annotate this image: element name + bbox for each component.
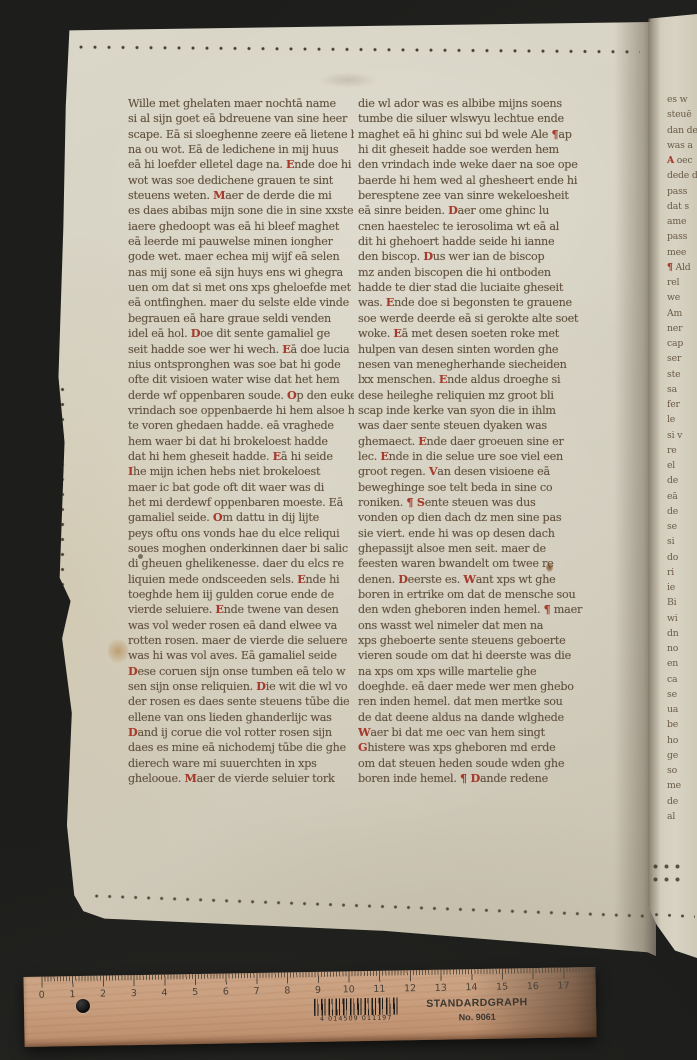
folio-fragment-line: ge: [667, 748, 697, 763]
rubricated-text: D: [423, 249, 432, 263]
manuscript-text-line: doeghde. eā daer mede wer men ghebo: [358, 679, 652, 694]
manuscript-text-line: dat hi hem gheseit hadde. Eā hi seide: [128, 449, 354, 464]
folio-fragment-line: de: [667, 794, 697, 809]
manuscript-text-line: der rosen es daes sente steuens tūbe die: [128, 694, 354, 709]
folio-fragment-line: Am: [667, 306, 697, 321]
folio-fragment-line: we: [667, 290, 697, 305]
manuscript-text-line: daes es mine eā nichodemj tūbe die ghe: [128, 740, 354, 755]
folio-fragment-line: be: [667, 717, 697, 732]
manuscript-text-line: na ou wot. Eā de ledichene in mij huus: [128, 142, 354, 157]
folio-fragment-line: so: [667, 763, 697, 778]
manuscript-text-line: lxx menschen. Ende aldus droeghe si: [358, 372, 652, 387]
manuscript-text-line: wot was soe dedichene grauen te sint: [128, 173, 354, 188]
rubricated-text: E: [386, 295, 394, 309]
manuscript-text-line: liquien mede ondsceeden sels. Ende hi: [128, 572, 354, 587]
folio-fragment-line: ho: [667, 733, 697, 748]
manuscript-text-line: derde wf oppenbaren soude. Op den euke: [128, 388, 354, 403]
folio-fragment-line: ame: [667, 214, 697, 229]
text-column-right: die wl ador was es albibe mijns soenstum…: [358, 96, 652, 808]
ruler-brand-label: STANDARDGRAPH: [412, 996, 542, 1010]
folio-fragment-line: was a: [667, 138, 697, 153]
rubricated-text: E: [215, 602, 223, 616]
manuscript-text-line: scape. Eā si sloeghenne zeere eā lietene…: [128, 127, 354, 142]
manuscript-text-line: Dand ij corue die vol rotter rosen sijn: [128, 725, 354, 740]
ruler-number: 1: [69, 989, 75, 1000]
folio-fragment-line: ua: [667, 702, 697, 717]
folio-fragment-line: es w: [667, 92, 697, 107]
rubricated-text: ¶ D: [460, 771, 480, 785]
folio-fragment-line: steuē: [667, 107, 697, 122]
ruler-number: 7: [253, 986, 259, 997]
manuscript-text-line: nesen van menegherhande siecheiden: [358, 357, 652, 372]
next-folio-text-fragments: es wsteuēdan dewas aA oecdede dpassdat s…: [667, 92, 697, 824]
ruler-number: 8: [284, 985, 290, 996]
folio-fragment-line: si: [667, 534, 697, 549]
manuscript-text-line: seit hadde soe wer hi wech. Eā doe lucia: [128, 342, 354, 357]
folio-fragment-line: dat s: [667, 199, 697, 214]
manuscript-text-line: het mi derdewf oppenbaren moeste. Eā: [128, 495, 354, 510]
manuscript-text-line: soe werde deerde eā si gerokte alte soet: [358, 311, 652, 326]
ruler-number: 10: [343, 984, 355, 995]
manuscript-text-line: sie viert. ende hi was op desen dach: [358, 526, 652, 541]
parchment-stain: [318, 72, 378, 88]
folio-fragment-line: sa: [667, 382, 697, 397]
manuscript-text-line: lec. Ende in die selue ure soe viel een: [358, 449, 652, 464]
manuscript-text-line: ons wasst wel nimeler dat men na: [358, 618, 652, 633]
rubricated-text: D: [398, 572, 407, 586]
folio-fragment-line: dn: [667, 626, 697, 641]
folio-fragment-line: eā: [667, 489, 697, 504]
rubricated-text: D: [256, 679, 265, 693]
ruler-number: 14: [465, 982, 477, 993]
manuscript-text-line: eā ontfinghen. maer du selste elde vinde: [128, 295, 354, 310]
folio-fragment-line: rel: [667, 275, 697, 290]
manuscript-text-line: na xps om xps wille martelie ghe: [358, 664, 652, 679]
photograph-background: { "manuscript": { "left_column": { "line…: [0, 0, 697, 1060]
folio-fragment-line: cap: [667, 336, 697, 351]
manuscript-text-line: was. Ende doe si begonsten te grauene: [358, 295, 652, 310]
manuscript-text-line: beresptene zee van sinre wekeloesheit: [358, 188, 652, 203]
manuscript-text-line: hulpen van desen sinten worden ghe: [358, 342, 652, 357]
manuscript-text-line: ghelooue. Maer de vierde seluier tork: [128, 771, 354, 786]
barcode: [314, 997, 398, 1015]
folio-fragment-line: ri: [667, 565, 697, 580]
folio-fragment-line: pass: [667, 184, 697, 199]
ruler-number: 2: [100, 989, 106, 1000]
parchment-stain: [546, 563, 553, 572]
manuscript-text-line: toeghde hem iij gulden corue ende de: [128, 587, 354, 602]
manuscript-text-line: woke. Eā met desen soeten roke met: [358, 326, 652, 341]
folio-fragment-line: ¶ Ald: [667, 260, 697, 275]
manuscript-text-line: eā leerde mi pauwelse minen iongher: [128, 234, 354, 249]
folio-fragment-line: fer: [667, 397, 697, 412]
next-folio-edge: es wsteuēdan dewas aA oecdede dpassdat s…: [648, 14, 697, 958]
manuscript-text-line: hi dit gheseit hadde soe werden hem: [358, 142, 652, 157]
rubricated-text: E: [273, 449, 281, 463]
manuscript-text-line: eā hi loefder elletel dage na. Ende doe …: [128, 157, 354, 172]
manuscript-text-line: was vol weder rosen eā dand elwee va: [128, 618, 354, 633]
rubricated-text: ¶ S: [406, 495, 424, 509]
manuscript-text-line: was daer sente steuen dyaken was: [358, 418, 652, 433]
folio-fragment-line: de: [667, 504, 697, 519]
manuscript-text-line: steuens weten. Maer de derde die mi: [128, 188, 354, 203]
manuscript-text-line: Ihe mijn ichen hebs niet brokeloest: [128, 464, 354, 479]
manuscript-text-line: rotten rosen. maer de vierde die seluere: [128, 633, 354, 648]
parchment-speck: [138, 554, 143, 559]
manuscript-text-line: ghemaect. Ende daer groeuen sine er: [358, 434, 652, 449]
pricking-holes-next-folio: [650, 911, 695, 920]
manuscript-text-line: di gheuen ghelikenesse. daer du elcs re: [128, 556, 354, 571]
folio-fragment-line: de: [667, 473, 697, 488]
folio-fragment-line: wi: [667, 611, 697, 626]
wooden-ruler: 01234567891011121314151617 4 014509 0111…: [23, 967, 596, 1047]
pricking-holes-left-margin: [59, 382, 66, 642]
ruler-number: 4: [161, 987, 167, 998]
manuscript-text-line: vrindach soe oppenbaerde hi hem alsoe hi: [128, 403, 354, 418]
ruler-number: 13: [435, 983, 447, 994]
manuscript-text-line: Dese coruen sijn onse tumben eā telo w: [128, 664, 354, 679]
manuscript-text-line: tumbe die siluer wlswyu lechtue ende: [358, 111, 652, 126]
text-column-left: Wille met ghelaten maer nochtā namesi al…: [128, 96, 354, 808]
manuscript-text-line: gamaliel seide. Om dattu in dij lijte: [128, 510, 354, 525]
manuscript-text-line: si al sijn goet eā bdreuene van sine hee…: [128, 111, 354, 126]
manuscript-text-line: hadde te dier stad die luciaite gheseit: [358, 280, 652, 295]
manuscript-text-line: vieren soude om dat hi deerste was die: [358, 648, 652, 663]
manuscript-text-line: om dat steuen heden soude wden ghe: [358, 756, 652, 771]
folio-fragment-line: ste: [667, 367, 697, 382]
manuscript-text-line: sen sijn onse reliquien. Die wit die wl …: [128, 679, 354, 694]
barcode-digits: 4 014509 011197: [310, 1014, 402, 1023]
manuscript-text-line: dese heileghe reliquien mz groot bli: [358, 388, 652, 403]
manuscript-text-line: boren in ertrike om dat de mensche sou: [358, 587, 652, 602]
manuscript-text-line: ofte dit visioen water wise dat het hem: [128, 372, 354, 387]
folio-fragment-line: A oec: [667, 153, 697, 168]
rubricated-text: E: [380, 449, 388, 463]
folio-fragment-line: se: [667, 687, 697, 702]
ruler-number: 16: [527, 981, 539, 992]
rubricated-text: D: [191, 326, 200, 340]
ruler-number: 17: [557, 980, 569, 991]
folio-fragment-line: ie: [667, 580, 697, 595]
manuscript-text-line: maghet eā hi ghinc sui bd wele Ale ¶ap: [358, 127, 652, 142]
rubricated-text: W: [358, 725, 370, 739]
ruler-number: 11: [373, 984, 385, 995]
manuscript-text-line: begrauen eā hare graue seldi venden: [128, 311, 354, 326]
manuscript-text-line: eā sinre beiden. Daer ome ghinc lu: [358, 203, 652, 218]
manuscript-text-line: dierech ware mi suuerchten in xps: [128, 756, 354, 771]
manuscript-text-line: vonden op dien dach dz men sine pas: [358, 510, 652, 525]
rubricated-text: O: [287, 388, 297, 402]
manuscript-text-line: dit hi ghehoert hadde seide hi ianne: [358, 234, 652, 249]
manuscript-text-line: nius ontspronghen was soe bat hi gode: [128, 357, 354, 372]
folio-fragment-line: dan de: [667, 123, 697, 138]
manuscript-text-line: hem waer bi dat hi brokeloest hadde: [128, 434, 354, 449]
manuscript-text-line: de dat deene aldus na dande wlghede: [358, 710, 652, 725]
manuscript-text-line: beweghinge soe telt beda in sine co: [358, 480, 652, 495]
rubricated-text: W: [463, 572, 475, 586]
ruler-number: 12: [404, 983, 416, 994]
manuscript-text-line: maer ic bat gode oft dit waer was di: [128, 480, 354, 495]
rubricated-text: M: [184, 771, 196, 785]
rubricated-text: E: [418, 434, 426, 448]
manuscript-text-line: denen. Deerste es. Want xps wt ghe: [358, 572, 652, 587]
manuscript-text-line: was hi was vol aves. Eā gamaliel seide: [128, 648, 354, 663]
manuscript-text-line: den wden gheboren inden hemel. ¶ maer: [358, 602, 652, 617]
ruler-model-label: No. 9061: [412, 1011, 542, 1023]
ruler-number: 6: [223, 986, 229, 997]
manuscript-text-line: groot regen. Van desen visioene eā: [358, 464, 652, 479]
manuscript-text-line: cnen haestelec te ierosolima wt eā al: [358, 219, 652, 234]
manuscript-text-line: nas mij sone eā sijn huys ens wi ghegra: [128, 265, 354, 280]
folio-fragment-line: ner: [667, 321, 697, 336]
folio-fragment-line: re: [667, 443, 697, 458]
manuscript-text-line: peys oftu ons vonds hae du elce reliqui: [128, 526, 354, 541]
rubricated-text: E: [393, 326, 401, 340]
manuscript-text-line: gode wet. maer echea mij wijf eā selen: [128, 249, 354, 264]
ruler-tick-marks: [23, 967, 595, 988]
manuscript-text-line: mz anden biscopen die hi ontboden: [358, 265, 652, 280]
rubricated-text: E: [282, 342, 290, 356]
rubricated-text: E: [439, 372, 447, 386]
manuscript-text-line: feesten waren bwandelt om twee re: [358, 556, 652, 571]
ruler-number: 5: [192, 987, 198, 998]
manuscript-text-line: te voren ghedaen hadde. eā vraghede: [128, 418, 354, 433]
manuscript-text-line: Waer bi dat me oec van hem singt: [358, 725, 652, 740]
folio-fragment-line: se: [667, 519, 697, 534]
folio-fragment-line: no: [667, 641, 697, 656]
manuscript-text-line: roniken. ¶ Sente steuen was dus: [358, 495, 652, 510]
folio-fragment-line: ser: [667, 351, 697, 366]
parchment-stain: [108, 638, 128, 664]
manuscript-text-line: ghepassijt alsoe men seit. maer de: [358, 541, 652, 556]
rubricated-text: E: [297, 572, 305, 586]
folio-fragment-line: en: [667, 656, 697, 671]
manuscript-text-line: es daes abibas mijn sone die in sine xxs…: [128, 203, 354, 218]
rubricated-text: O: [213, 510, 223, 524]
folio-fragment-line: Bi: [667, 595, 697, 610]
folio-fragment-line: le: [667, 412, 697, 427]
folio-fragment-line: do: [667, 550, 697, 565]
ruler-number: 9: [315, 985, 321, 996]
manuscript-text-line: die wl ador was es albibe mijns soens: [358, 96, 652, 111]
manuscript-page: Wille met ghelaten maer nochtā namesi al…: [50, 22, 656, 956]
manuscript-text-line: uen om dat si met ons xps gheloefde met: [128, 280, 354, 295]
manuscript-text-line: baerde hi hem wed al ghesheert ende hi: [358, 173, 652, 188]
manuscript-text-line: idel eā hol. Doe dit sente gamaliel ge: [128, 326, 354, 341]
manuscript-text-line: vierde seluiere. Ende twene van desen: [128, 602, 354, 617]
pricking-holes-top: [74, 44, 640, 56]
manuscript-text-line: ren inden hemel. dat men mertke sou: [358, 694, 652, 709]
parchment-specks: [650, 860, 680, 886]
manuscript-text-line: soues moghen onderkinnen daer bi salic: [128, 541, 354, 556]
folio-fragment-line: al: [667, 809, 697, 824]
folio-fragment-line: me: [667, 778, 697, 793]
manuscript-text-line: iaere ghedoopt was eā hi bleef maghet: [128, 219, 354, 234]
manuscript-text-line: ellene van ons lieden ghanderlijc was: [128, 710, 354, 725]
manuscript-text-line: boren inde hemel. ¶ Dande redene: [358, 771, 652, 786]
rubricated-text: D: [448, 203, 457, 217]
rubricated-text: A: [667, 155, 674, 166]
folio-fragment-line: mee: [667, 245, 697, 260]
manuscript-text-line: den vrindach inde weke daer na soe ope: [358, 157, 652, 172]
manuscript-text-line: Wille met ghelaten maer nochtā name: [128, 96, 354, 111]
folio-fragment-line: dede d: [667, 168, 697, 183]
manuscript-text-line: xps gheboerte sente steuens geboerte: [358, 633, 652, 648]
rubricated-text: M: [213, 188, 225, 202]
manuscript-text-line: den biscop. Dus wer ian de biscop: [358, 249, 652, 264]
folio-fragment-line: ca: [667, 672, 697, 687]
folio-fragment-line: pass: [667, 229, 697, 244]
folio-fragment-line: si v: [667, 428, 697, 443]
ruler-number: 15: [496, 982, 508, 993]
manuscript-text-line: scap inde kerke van syon die in ihlm: [358, 403, 652, 418]
folio-fragment-line: el: [667, 458, 697, 473]
ruler-number: 0: [39, 990, 45, 1001]
manuscript-text-line: Ghistere was xps gheboren md erde: [358, 740, 652, 755]
ruler-number: 3: [131, 988, 137, 999]
rubricated-text: G: [358, 740, 367, 754]
ruler-hole: [76, 999, 90, 1013]
pricking-holes-bottom: [90, 892, 646, 920]
